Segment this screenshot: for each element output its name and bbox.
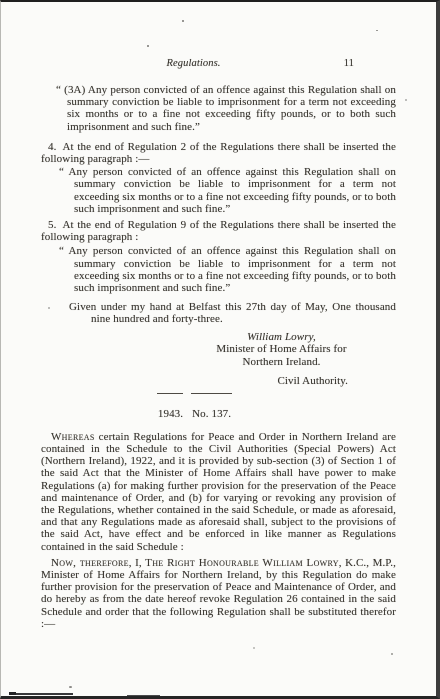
scanned-document-page: Regulations. 11 “ (3A) Any person convic… — [0, 0, 440, 699]
signatory-office-line1: Minister of Home Affairs for — [167, 343, 396, 356]
section-4-intro-text: At the end of Regulation 2 of the Regula… — [41, 141, 396, 165]
signatory-office-line2: Northern Ireland. — [167, 356, 396, 369]
running-header: Regulations. 11 — [41, 58, 396, 71]
scan-speck — [376, 30, 378, 31]
scan-artifact-line — [127, 695, 160, 697]
divider-rule — [41, 392, 396, 396]
section-4-intro: 4.At the end of Regulation 2 of the Regu… — [41, 141, 396, 165]
enacting-connector: , I, — [129, 557, 145, 569]
section-5-quote: “ Any person convicted of an offence aga… — [41, 245, 396, 294]
whereas-lead: Whereas — [51, 431, 95, 443]
page-content: Regulations. 11 “ (3A) Any person convic… — [1, 2, 436, 696]
enacting-lead: Now, therefore — [51, 557, 129, 569]
scan-speck — [253, 647, 255, 649]
scan-speck — [405, 99, 407, 101]
section-5-number: 5. — [41, 219, 56, 231]
whereas-body: certain Regulations for Peace and Order … — [41, 431, 396, 553]
section-5-intro-text: At the end of Regulation 9 of the Regula… — [41, 219, 396, 243]
section-4-number: 4. — [41, 141, 56, 153]
scan-speck — [391, 653, 393, 655]
divider-rule-segment — [191, 393, 232, 394]
section-4-quote: “ Any person convicted of an offence aga… — [41, 166, 396, 215]
whereas-paragraph: Whereas certain Regulations for Peace an… — [41, 431, 396, 553]
attestation-clause: Given under my hand at Belfast this 27th… — [41, 301, 396, 325]
page-number: 11 — [344, 58, 354, 70]
enacting-paragraph: Now, therefore, I, The Right Honourable … — [41, 557, 396, 630]
scan-artifact-blob — [9, 692, 16, 695]
scan-speck — [182, 20, 184, 22]
enacting-signatory-name: The Right Honourable William Lowry — [145, 557, 339, 569]
section-5-intro: 5.At the end of Regulation 9 of the Regu… — [41, 219, 396, 243]
running-header-title: Regulations. — [16, 58, 371, 70]
scan-speck — [147, 45, 149, 47]
scan-speck — [69, 686, 72, 688]
citation-number: No. 137. — [192, 408, 231, 420]
signature-block: William Lowry, Minister of Home Affairs … — [167, 331, 396, 369]
scan-artifact-line — [9, 693, 73, 695]
scan-speck — [48, 307, 50, 309]
citation-line: 1943.No. 137. — [17, 408, 372, 420]
divider-rule-segment — [157, 393, 183, 394]
civil-authority-label: Civil Authority. — [41, 375, 396, 387]
amendment-3a-quote: “ (3A) Any person convicted of an offenc… — [41, 84, 396, 133]
signatory-name: William Lowry, — [167, 331, 396, 344]
citation-year: 1943. — [158, 408, 183, 420]
